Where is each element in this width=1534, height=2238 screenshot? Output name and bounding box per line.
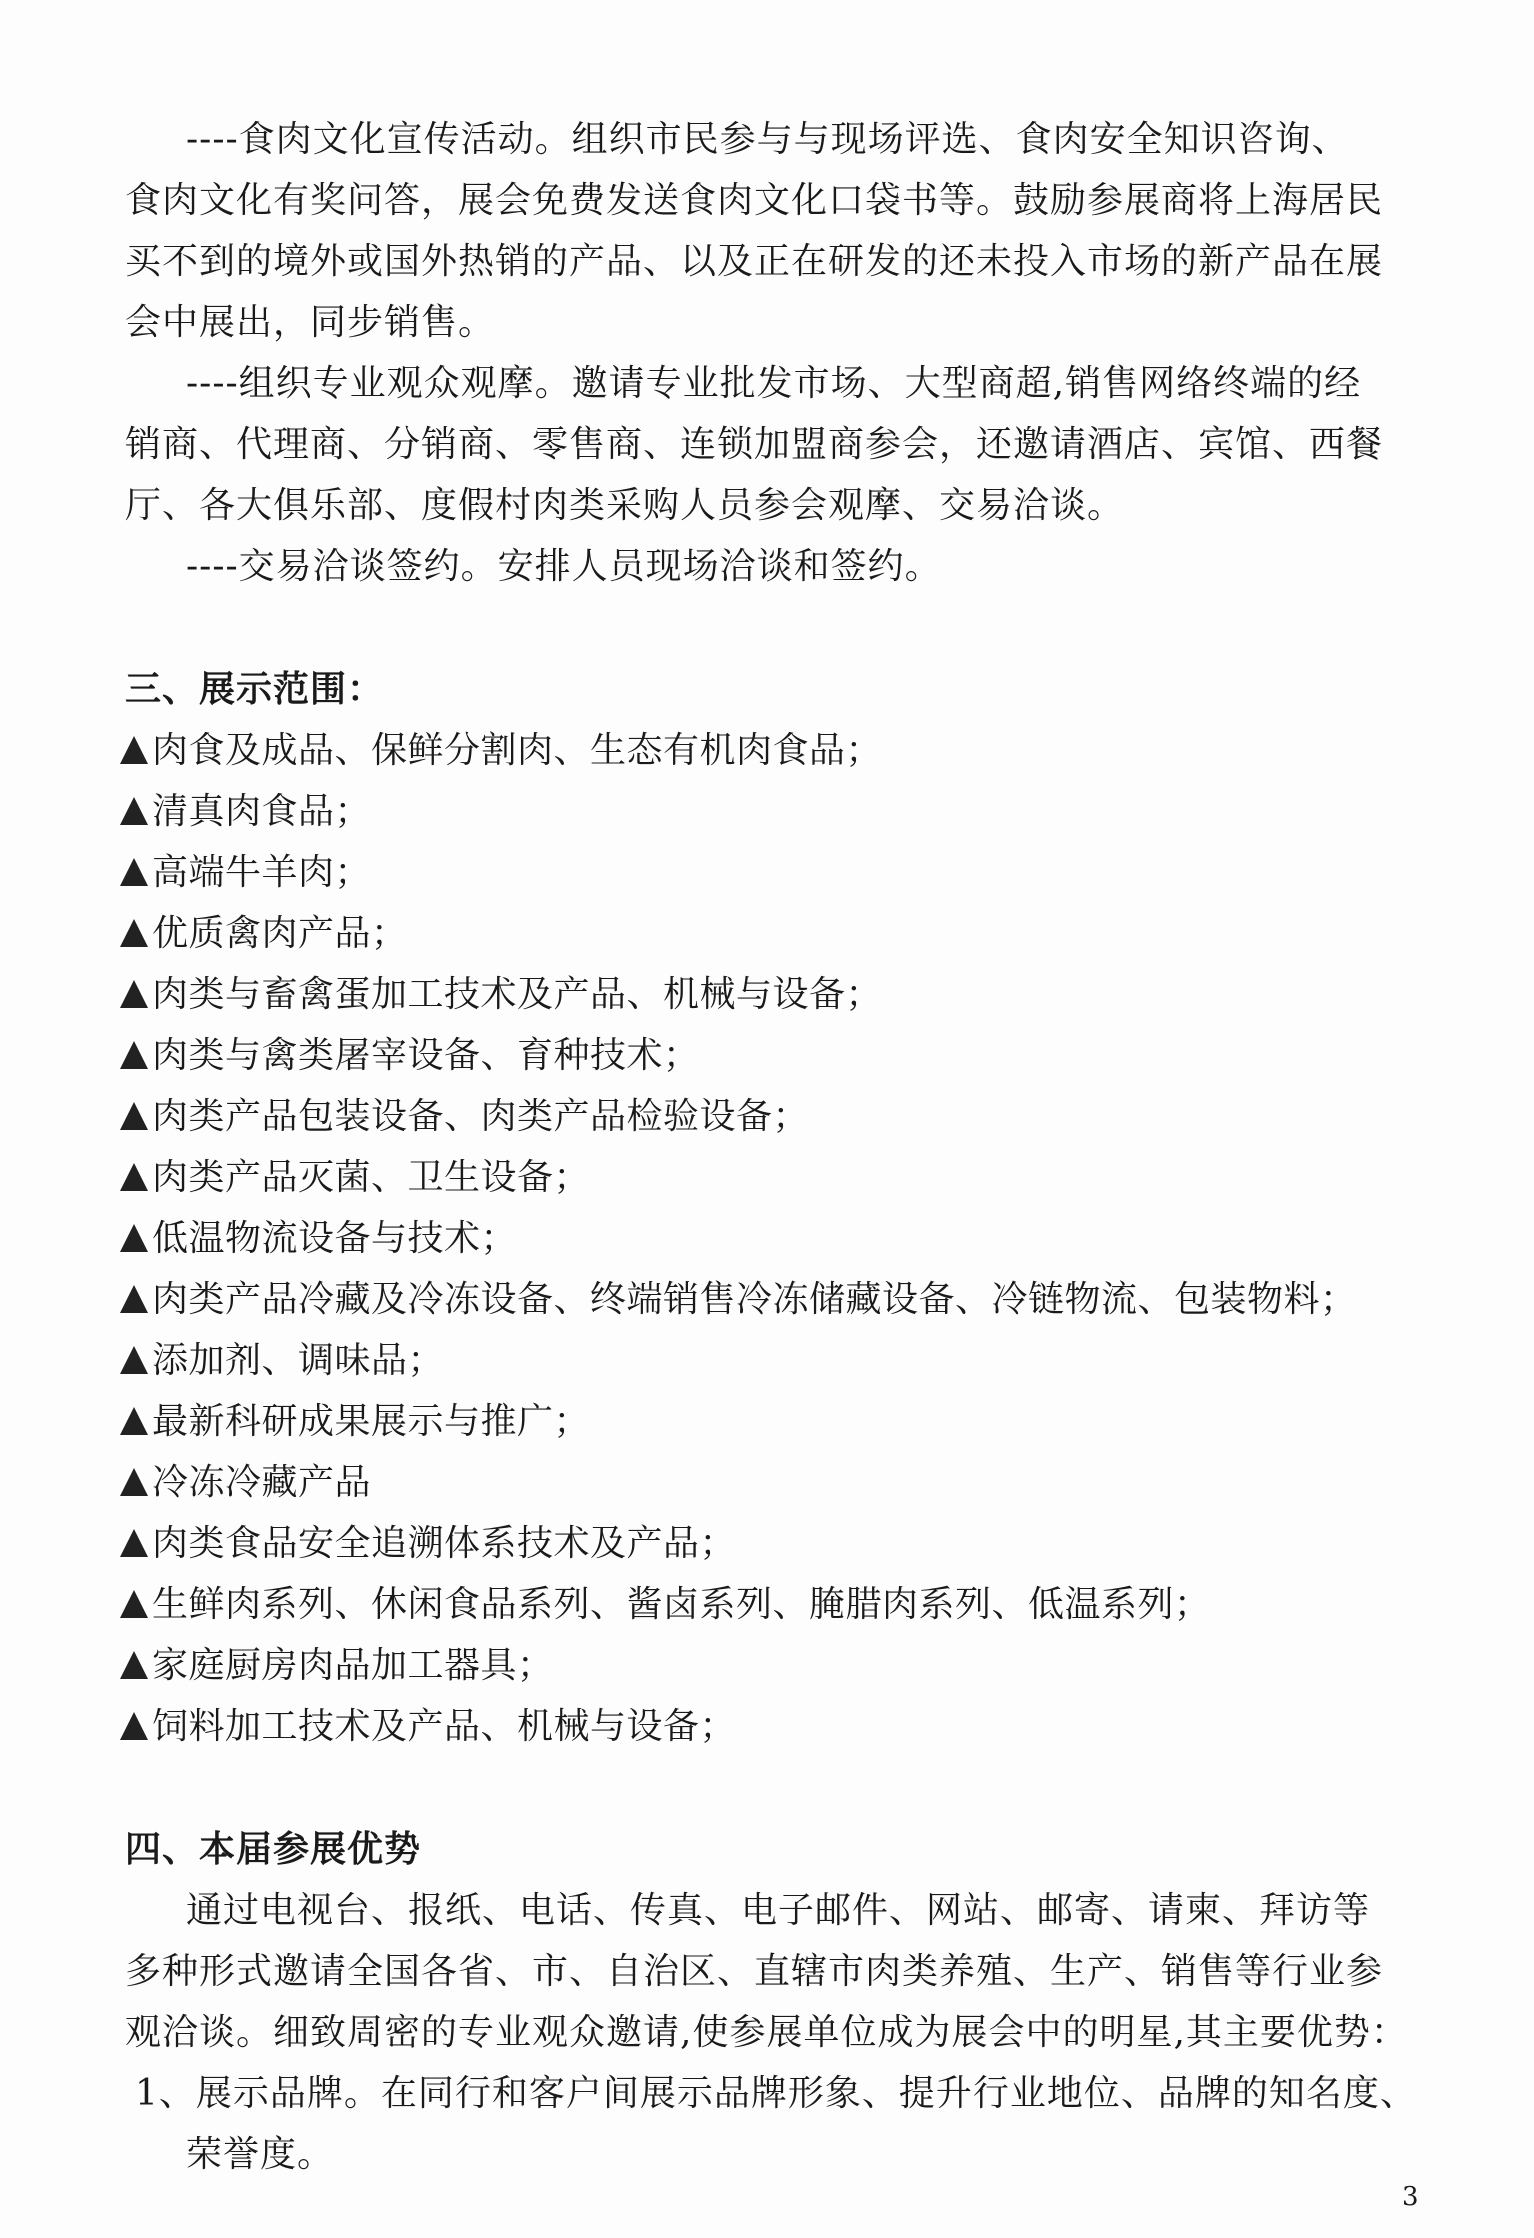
paragraph-line: 会中展出，同步销售。	[125, 301, 495, 345]
list-item: 添加剂、调味品；	[120, 1339, 444, 1383]
list-item: 肉食及成品、保鲜分割肉、生态有机肉食品；	[120, 729, 882, 773]
list-item: 肉类产品包装设备、肉类产品检验设备；	[120, 1095, 809, 1139]
triangle-bullet-icon	[120, 736, 148, 764]
document-page: ----食肉文化宣传活动。组织市民参与与现场评选、食肉安全知识咨询、 食肉文化有…	[0, 0, 1534, 2238]
triangle-bullet-icon	[120, 1712, 148, 1740]
paragraph-line: 多种形式邀请全国各省、市、自治区、直辖市肉类养殖、生产、销售等行业参	[125, 1950, 1383, 1994]
paragraph-line: 买不到的境外或国外热销的产品、以及正在研发的还未投入市场的新产品在展	[125, 240, 1383, 284]
triangle-bullet-icon	[120, 980, 148, 1008]
list-item: 低温物流设备与技术；	[120, 1217, 517, 1261]
paragraph-line: ----交易洽谈签约。安排人员现场洽谈和签约。	[186, 545, 942, 589]
list-item: 高端牛羊肉；	[120, 851, 371, 895]
paragraph-line: ----食肉文化宣传活动。组织市民参与与现场评选、食肉安全知识咨询、	[186, 118, 1349, 162]
list-item: 生鲜肉系列、休闲食品系列、酱卤系列、腌腊肉系列、低温系列；	[120, 1583, 1211, 1627]
paragraph-line: ----组织专业观众观摩。邀请专业批发市场、大型商超,销售网络终端的经	[186, 362, 1361, 406]
paragraph-line: 食肉文化有奖问答，展会免费发送食肉文化口袋书等。鼓励参展商将上海居民	[125, 179, 1383, 223]
paragraph-line: 观洽谈。细致周密的专业观众邀请,使参展单位成为展会中的明星,其主要优势：	[125, 2011, 1408, 2055]
list-item: 肉类产品冷藏及冷冻设备、终端销售冷冻储藏设备、冷链物流、包装物料；	[120, 1278, 1357, 1322]
list-item: 饲料加工技术及产品、机械与设备；	[120, 1705, 736, 1749]
list-item: 肉类产品灭菌、卫生设备；	[120, 1156, 590, 1200]
triangle-bullet-icon	[120, 919, 148, 947]
list-item: 肉类食品安全追溯体系技术及产品；	[120, 1522, 736, 1566]
section-heading: 三、展示范围：	[125, 668, 384, 712]
list-item: 优质禽肉产品；	[120, 912, 408, 956]
paragraph-line: 厅、各大俱乐部、度假村肉类采购人员参会观摩、交易洽谈。	[125, 484, 1124, 528]
triangle-bullet-icon	[120, 1163, 148, 1191]
triangle-bullet-icon	[120, 1224, 148, 1252]
list-item: 肉类与畜禽蛋加工技术及产品、机械与设备；	[120, 973, 882, 1017]
numbered-point-continuation: 荣誉度。	[186, 2133, 334, 2177]
triangle-bullet-icon	[120, 797, 148, 825]
list-item: 冷冻冷藏产品	[120, 1461, 371, 1505]
list-item: 最新科研成果展示与推广；	[120, 1400, 590, 1444]
list-item: 清真肉食品；	[120, 790, 371, 834]
triangle-bullet-icon	[120, 1407, 148, 1435]
triangle-bullet-icon	[120, 1102, 148, 1130]
triangle-bullet-icon	[120, 858, 148, 886]
paragraph-line: 销商、代理商、分销商、零售商、连锁加盟商参会，还邀请酒店、宾馆、西餐	[125, 423, 1383, 467]
triangle-bullet-icon	[120, 1529, 148, 1557]
triangle-bullet-icon	[120, 1285, 148, 1313]
triangle-bullet-icon	[120, 1041, 148, 1069]
triangle-bullet-icon	[120, 1590, 148, 1618]
numbered-point: 1、展示品牌。在同行和客户间展示品牌形象、提升行业地位、品牌的知名度、	[135, 2072, 1417, 2116]
section-heading: 四、本届参展优势	[125, 1828, 421, 1872]
triangle-bullet-icon	[120, 1468, 148, 1496]
page-number: 3	[1402, 2182, 1419, 2212]
paragraph-line: 通过电视台、报纸、电话、传真、电子邮件、网站、邮寄、请柬、拜访等	[186, 1889, 1370, 1933]
list-item: 家庭厨房肉品加工器具；	[120, 1644, 554, 1688]
triangle-bullet-icon	[120, 1651, 148, 1679]
triangle-bullet-icon	[120, 1346, 148, 1374]
list-item: 肉类与禽类屠宰设备、育种技术；	[120, 1034, 700, 1078]
